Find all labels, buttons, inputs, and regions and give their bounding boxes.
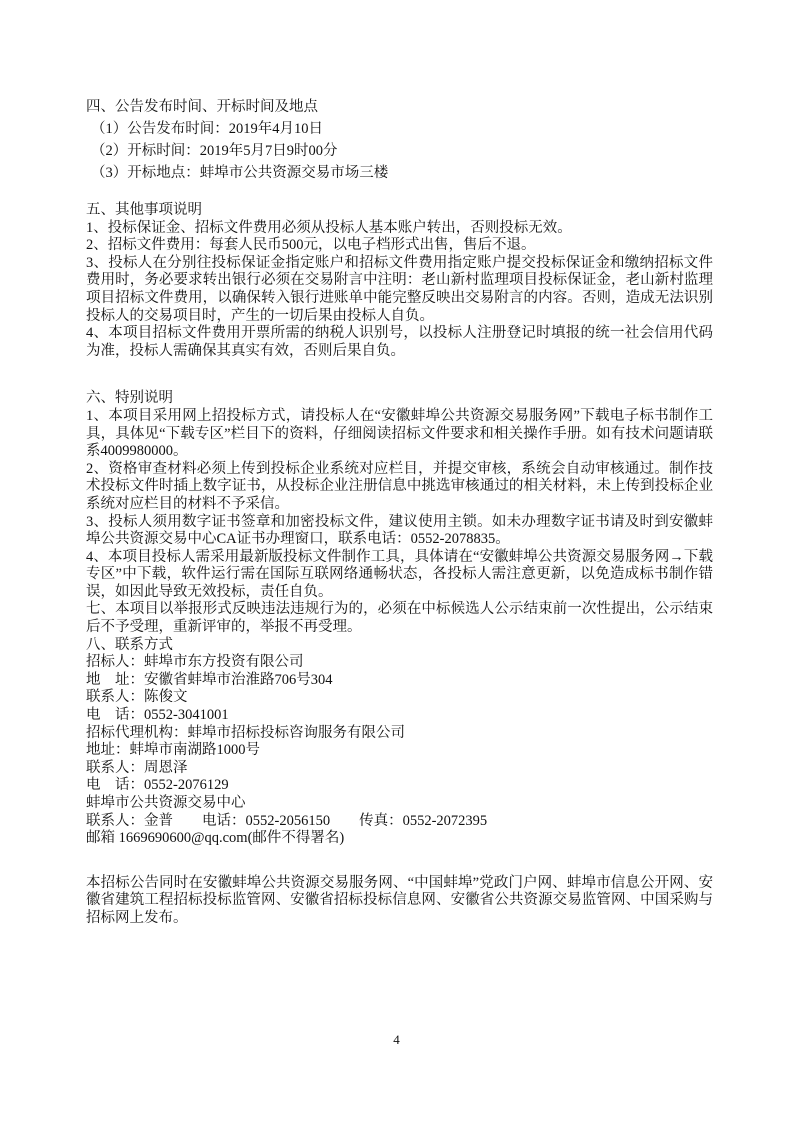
bid-opening-time: （2）开标时间：2019年5月7日9时00分 <box>86 140 713 162</box>
agency-contact-person: 联系人：周恩泽 <box>86 760 713 778</box>
tenderer-phone: 电 话：0552-3041001 <box>86 707 713 725</box>
page-number: 4 <box>0 1032 793 1048</box>
document-page: 四、公告发布时间、开标时间及地点 （1）公告发布时间：2019年4月10日 （2… <box>0 0 793 1123</box>
special-note-item: 2、资格审查材料必须上传到投标企业系统对应栏目，并提交审核，系统会自动审核通过。… <box>86 461 713 514</box>
section-report-rule: 七、本项目以举报形式反映违法违规行为的，必须在中标候选人公示结束前一次性提出，公… <box>86 601 713 636</box>
tenderer-address: 地 址：安徽省蚌埠市治淮路706号304 <box>86 672 713 690</box>
other-note-item: 3、投标人在分别往投标保证金指定账户和招标文件费用指定账户提交投标保证金和缴纳招… <box>86 255 713 325</box>
tenderer-contact-person: 联系人：陈俊文 <box>86 689 713 707</box>
other-note-item: 2、招标文件费用：每套人民币500元，以电子档形式出售，售后不退。 <box>86 237 713 255</box>
report-rule-paragraph: 七、本项目以举报形式反映违法违规行为的，必须在中标候选人公示结束前一次性提出，公… <box>86 601 713 636</box>
section-special-notes: 六、特别说明 1、本项目采用网上招投标方式，请投标人在“安徽蚌埠公共资源交易服务… <box>86 390 713 601</box>
agency-address: 地址：蚌埠市南湖路1000号 <box>86 742 713 760</box>
section-heading: 四、公告发布时间、开标时间及地点 <box>86 96 713 118</box>
agency-phone: 电 话：0552-2076129 <box>86 777 713 795</box>
agency-name: 招标代理机构：蚌埠市招标投标咨询服务有限公司 <box>86 725 713 743</box>
other-note-item: 1、投标保证金、招标文件费用必须从投标人基本账户转出，否则投标无效。 <box>86 220 713 238</box>
document-content: 四、公告发布时间、开标时间及地点 （1）公告发布时间：2019年4月10日 （2… <box>86 96 713 928</box>
section-contact: 八、联系方式 招标人：蚌埠市东方投资有限公司 地 址：安徽省蚌埠市治淮路706号… <box>86 637 713 848</box>
section-heading: 六、特别说明 <box>86 390 713 408</box>
exchange-center-contact: 联系人：金普 电话：0552-2056150 传真：0552-2072395 <box>86 813 713 831</box>
announcement-publish-date: （1）公告发布时间：2019年4月10日 <box>86 118 713 140</box>
special-note-item: 1、本项目采用网上招投标方式，请投标人在“安徽蚌埠公共资源交易服务网”下载电子标… <box>86 408 713 461</box>
section-heading: 五、其他事项说明 <box>86 202 713 220</box>
publish-note-paragraph: 本招标公告同时在安徽蚌埠公共资源交易服务网、“中国蚌埠”党政门户网、蚌埠市信息公… <box>86 875 713 928</box>
exchange-center-email: 邮箱 1669690600@qq.com(邮件不得署名) <box>86 830 713 848</box>
special-note-item: 3、投标人须用数字证书签章和加密投标文件，建议使用主锁。如未办理数字证书请及时到… <box>86 514 713 549</box>
special-note-item: 4、本项目投标人需采用最新版投标文件制作工具，具体请在“安徽蚌埠公共资源交易服务… <box>86 549 713 602</box>
tenderer-name: 招标人：蚌埠市东方投资有限公司 <box>86 654 713 672</box>
section-announcement-time: 四、公告发布时间、开标时间及地点 （1）公告发布时间：2019年4月10日 （2… <box>86 96 713 184</box>
section-heading: 八、联系方式 <box>86 637 713 655</box>
section-other-notes: 五、其他事项说明 1、投标保证金、招标文件费用必须从投标人基本账户转出，否则投标… <box>86 202 713 360</box>
exchange-center-name: 蚌埠市公共资源交易中心 <box>86 795 713 813</box>
other-note-item: 4、本项目招标文件费用开票所需的纳税人识别号，以投标人注册登记时填报的统一社会信… <box>86 325 713 360</box>
bid-opening-location: （3）开标地点：蚌埠市公共资源交易市场三楼 <box>86 162 713 184</box>
